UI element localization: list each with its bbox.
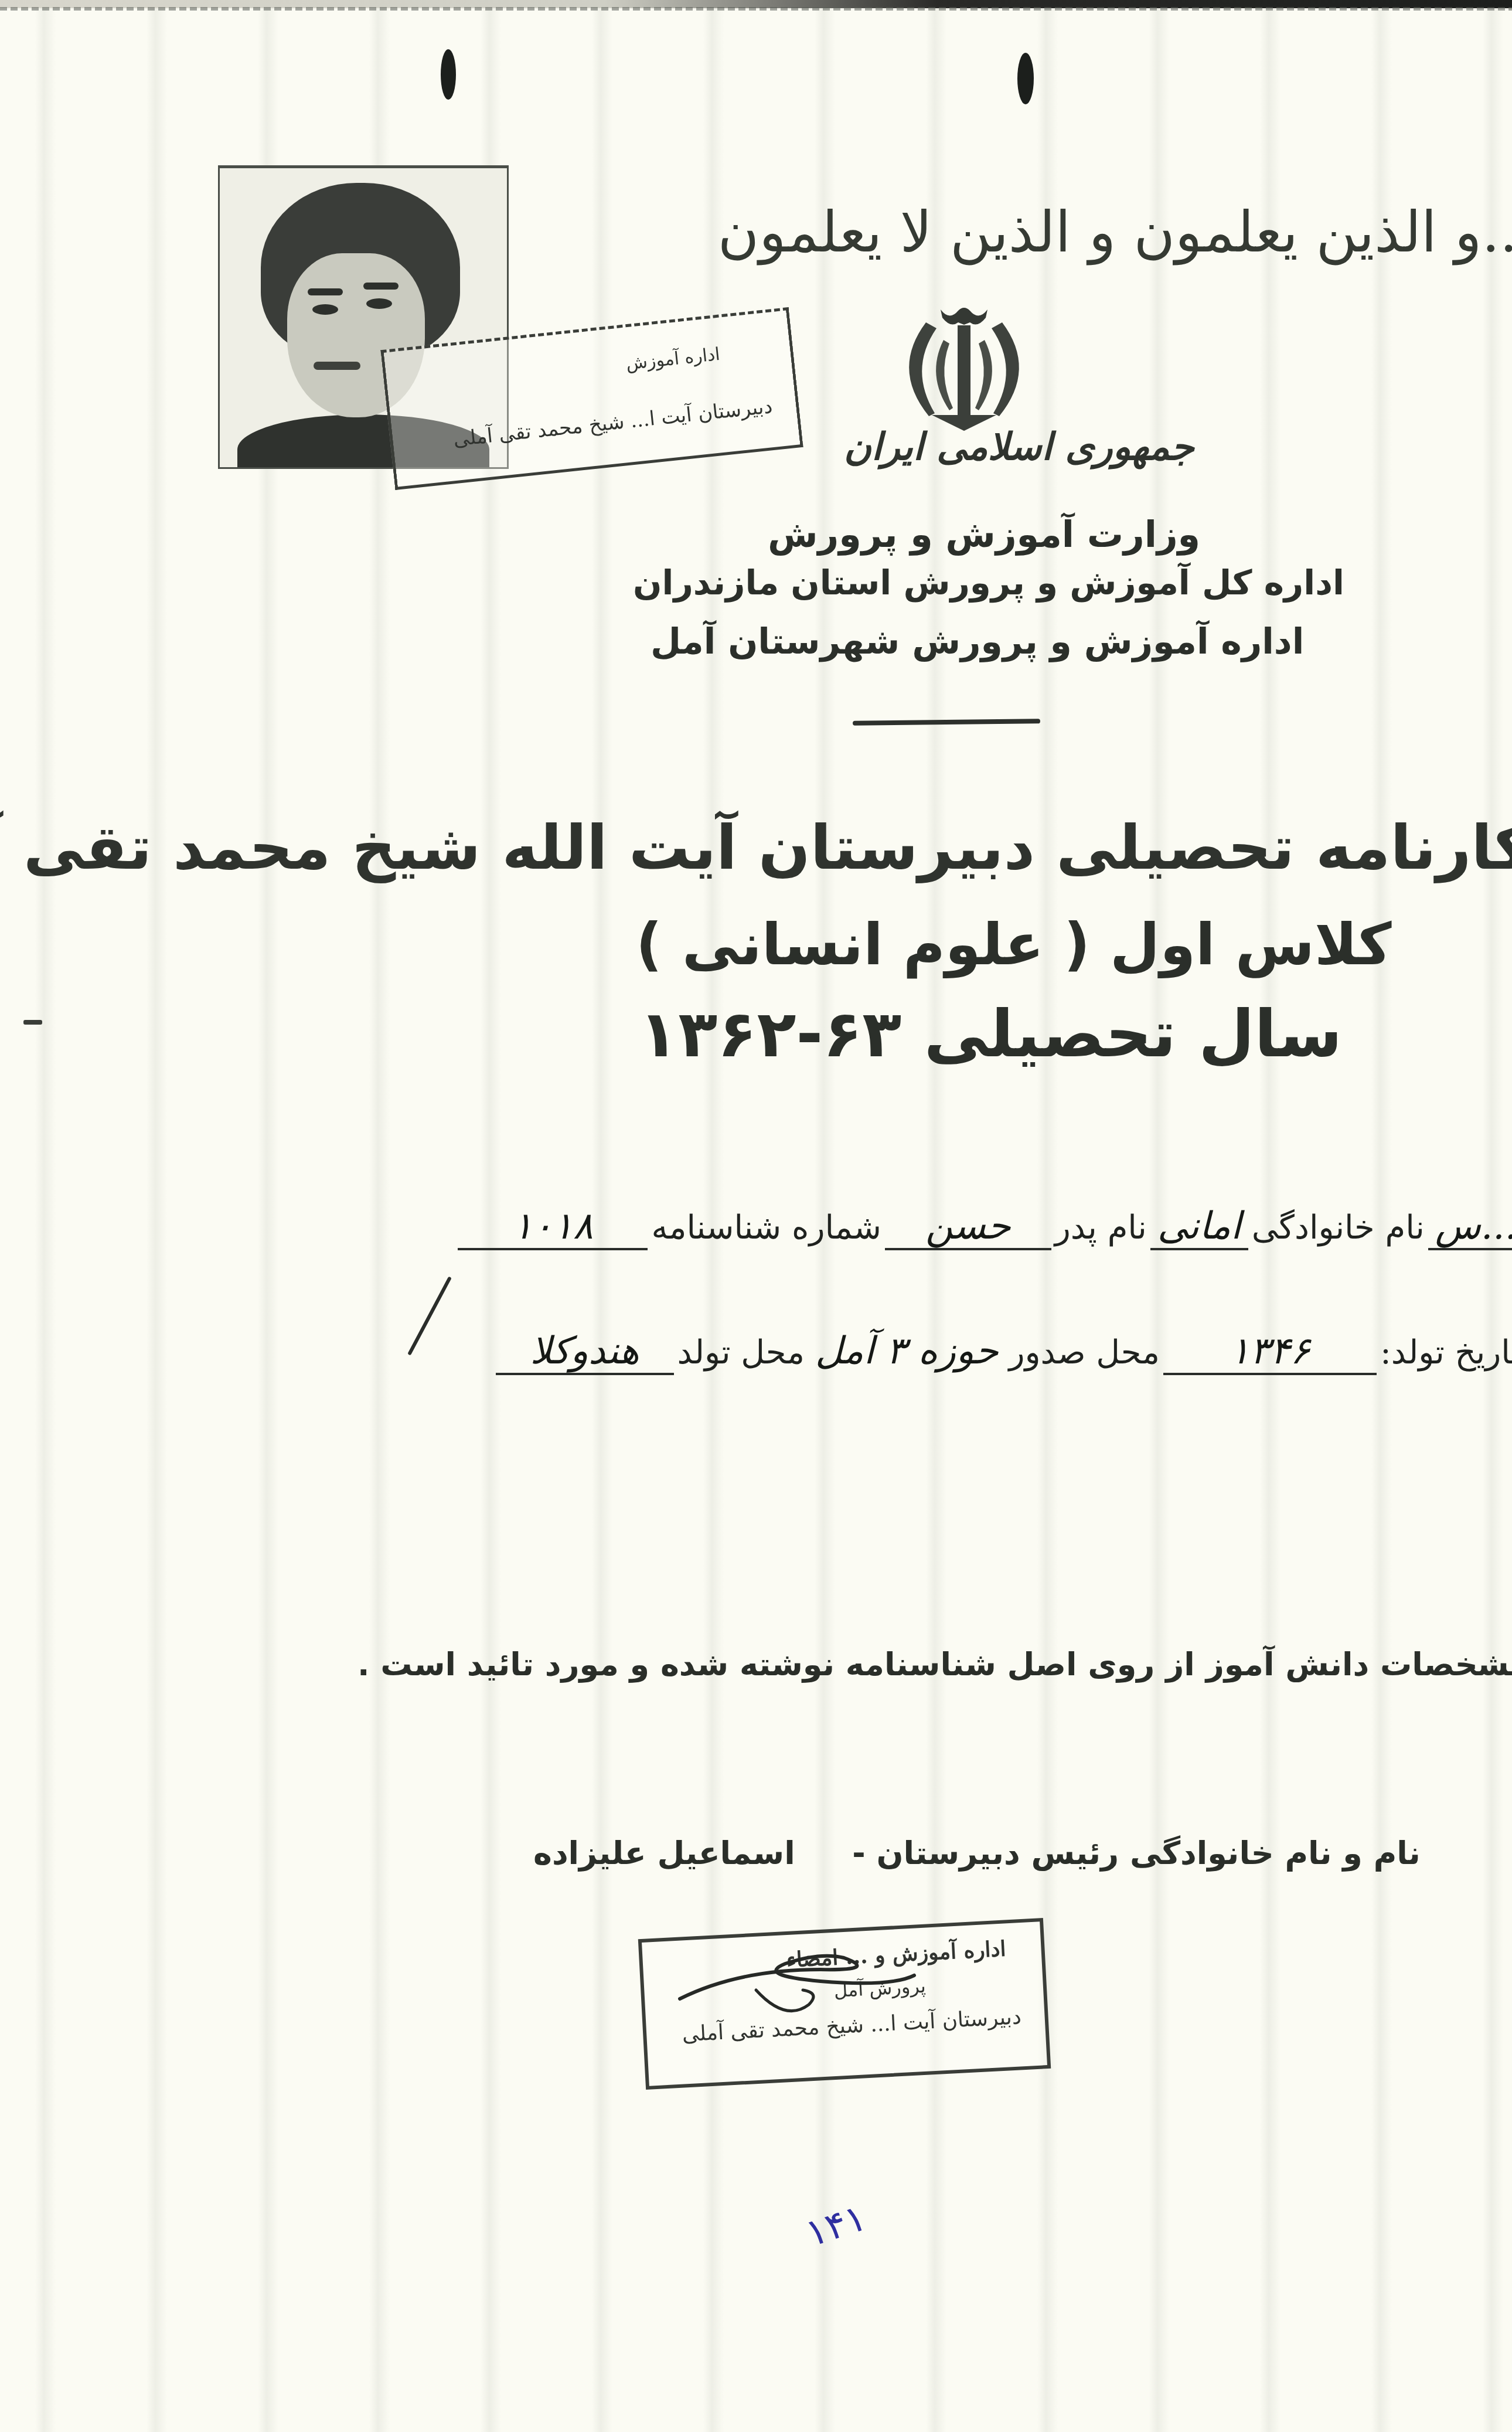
student-info-line-1: ...س نام خانوادگی امانی نام پدر حسن شمار… xyxy=(458,1205,1512,1250)
birth-place-value: هندوکلا xyxy=(496,1329,674,1375)
emblem-caption: جمهوری اسلامی ایران xyxy=(844,425,1194,469)
birth-place-label: محل تولد xyxy=(674,1334,808,1372)
principal-line: نام و نام خانوادگی رئیس دبیرستان - اسماع… xyxy=(533,1835,1421,1872)
principal-signature xyxy=(668,1934,973,2028)
photo-brow-left xyxy=(308,288,343,295)
margin-mark xyxy=(23,1020,42,1025)
family-name-value: امانی xyxy=(1150,1205,1248,1250)
punch-hole-left xyxy=(441,49,456,100)
iran-emblem-icon xyxy=(885,305,1043,434)
photo-mouth xyxy=(314,362,360,370)
issue-place-value: حوزه ۳ آمل xyxy=(808,1329,1006,1373)
photo-brow-right xyxy=(363,283,399,290)
province-office: اداره کل آموزش و پرورش استان مازندران xyxy=(633,563,1344,603)
principal-name: اسماعیل علیزاده xyxy=(533,1835,795,1872)
quran-verse: ...و الذین یعلمون و الذین لا یعلمون xyxy=(718,199,1512,265)
scan-top-edge-line xyxy=(0,7,1512,11)
certification-statement: مشخصات دانش آموز از روی اصل شناسنامه نوش… xyxy=(357,1646,1512,1683)
photo-stamp-line2: دبیرستان آیت ا... شیخ محمد تقی آملی xyxy=(452,394,774,451)
father-name-value: حسن xyxy=(885,1205,1051,1250)
punch-hole-right xyxy=(1017,53,1034,104)
city-office: اداره آموزش و پرورش شهرستان آمل xyxy=(651,621,1304,662)
issue-place-label: محل صدور xyxy=(1006,1334,1163,1372)
photo-eye-right xyxy=(366,298,392,309)
academic-year: سال تحصیلی ۶۳-۱۳۶۲ xyxy=(639,996,1342,1072)
class-title: کلاس اول ( علوم انسانی ) xyxy=(636,911,1391,978)
birth-year-label: تاریخ تولد: xyxy=(1377,1334,1512,1372)
id-number-value: ۱۰۱۸ xyxy=(458,1205,648,1250)
document-title: کارنامه تحصیلی دبیرستان آیت الله شیخ محم… xyxy=(0,812,1512,883)
principal-label: نام و نام خانوادگی رئیس دبیرستان - xyxy=(852,1835,1421,1872)
photo-eye-left xyxy=(312,304,338,315)
birth-year-value: ۱۳۴۶ xyxy=(1163,1329,1377,1375)
family-name-label: نام خانوادگی xyxy=(1248,1209,1428,1247)
father-name-label: نام پدر xyxy=(1051,1209,1150,1247)
first-name-value: ...س xyxy=(1428,1205,1512,1250)
ministry-name: وزارت آموزش و پرورش xyxy=(768,513,1200,556)
id-number-label: شماره شناسنامه xyxy=(648,1209,884,1247)
student-info-line-2: تاریخ تولد: ۱۳۴۶ محل صدور حوزه ۳ آمل محل… xyxy=(496,1329,1512,1375)
photo-stamp-line1: اداره آموزش xyxy=(625,344,721,375)
